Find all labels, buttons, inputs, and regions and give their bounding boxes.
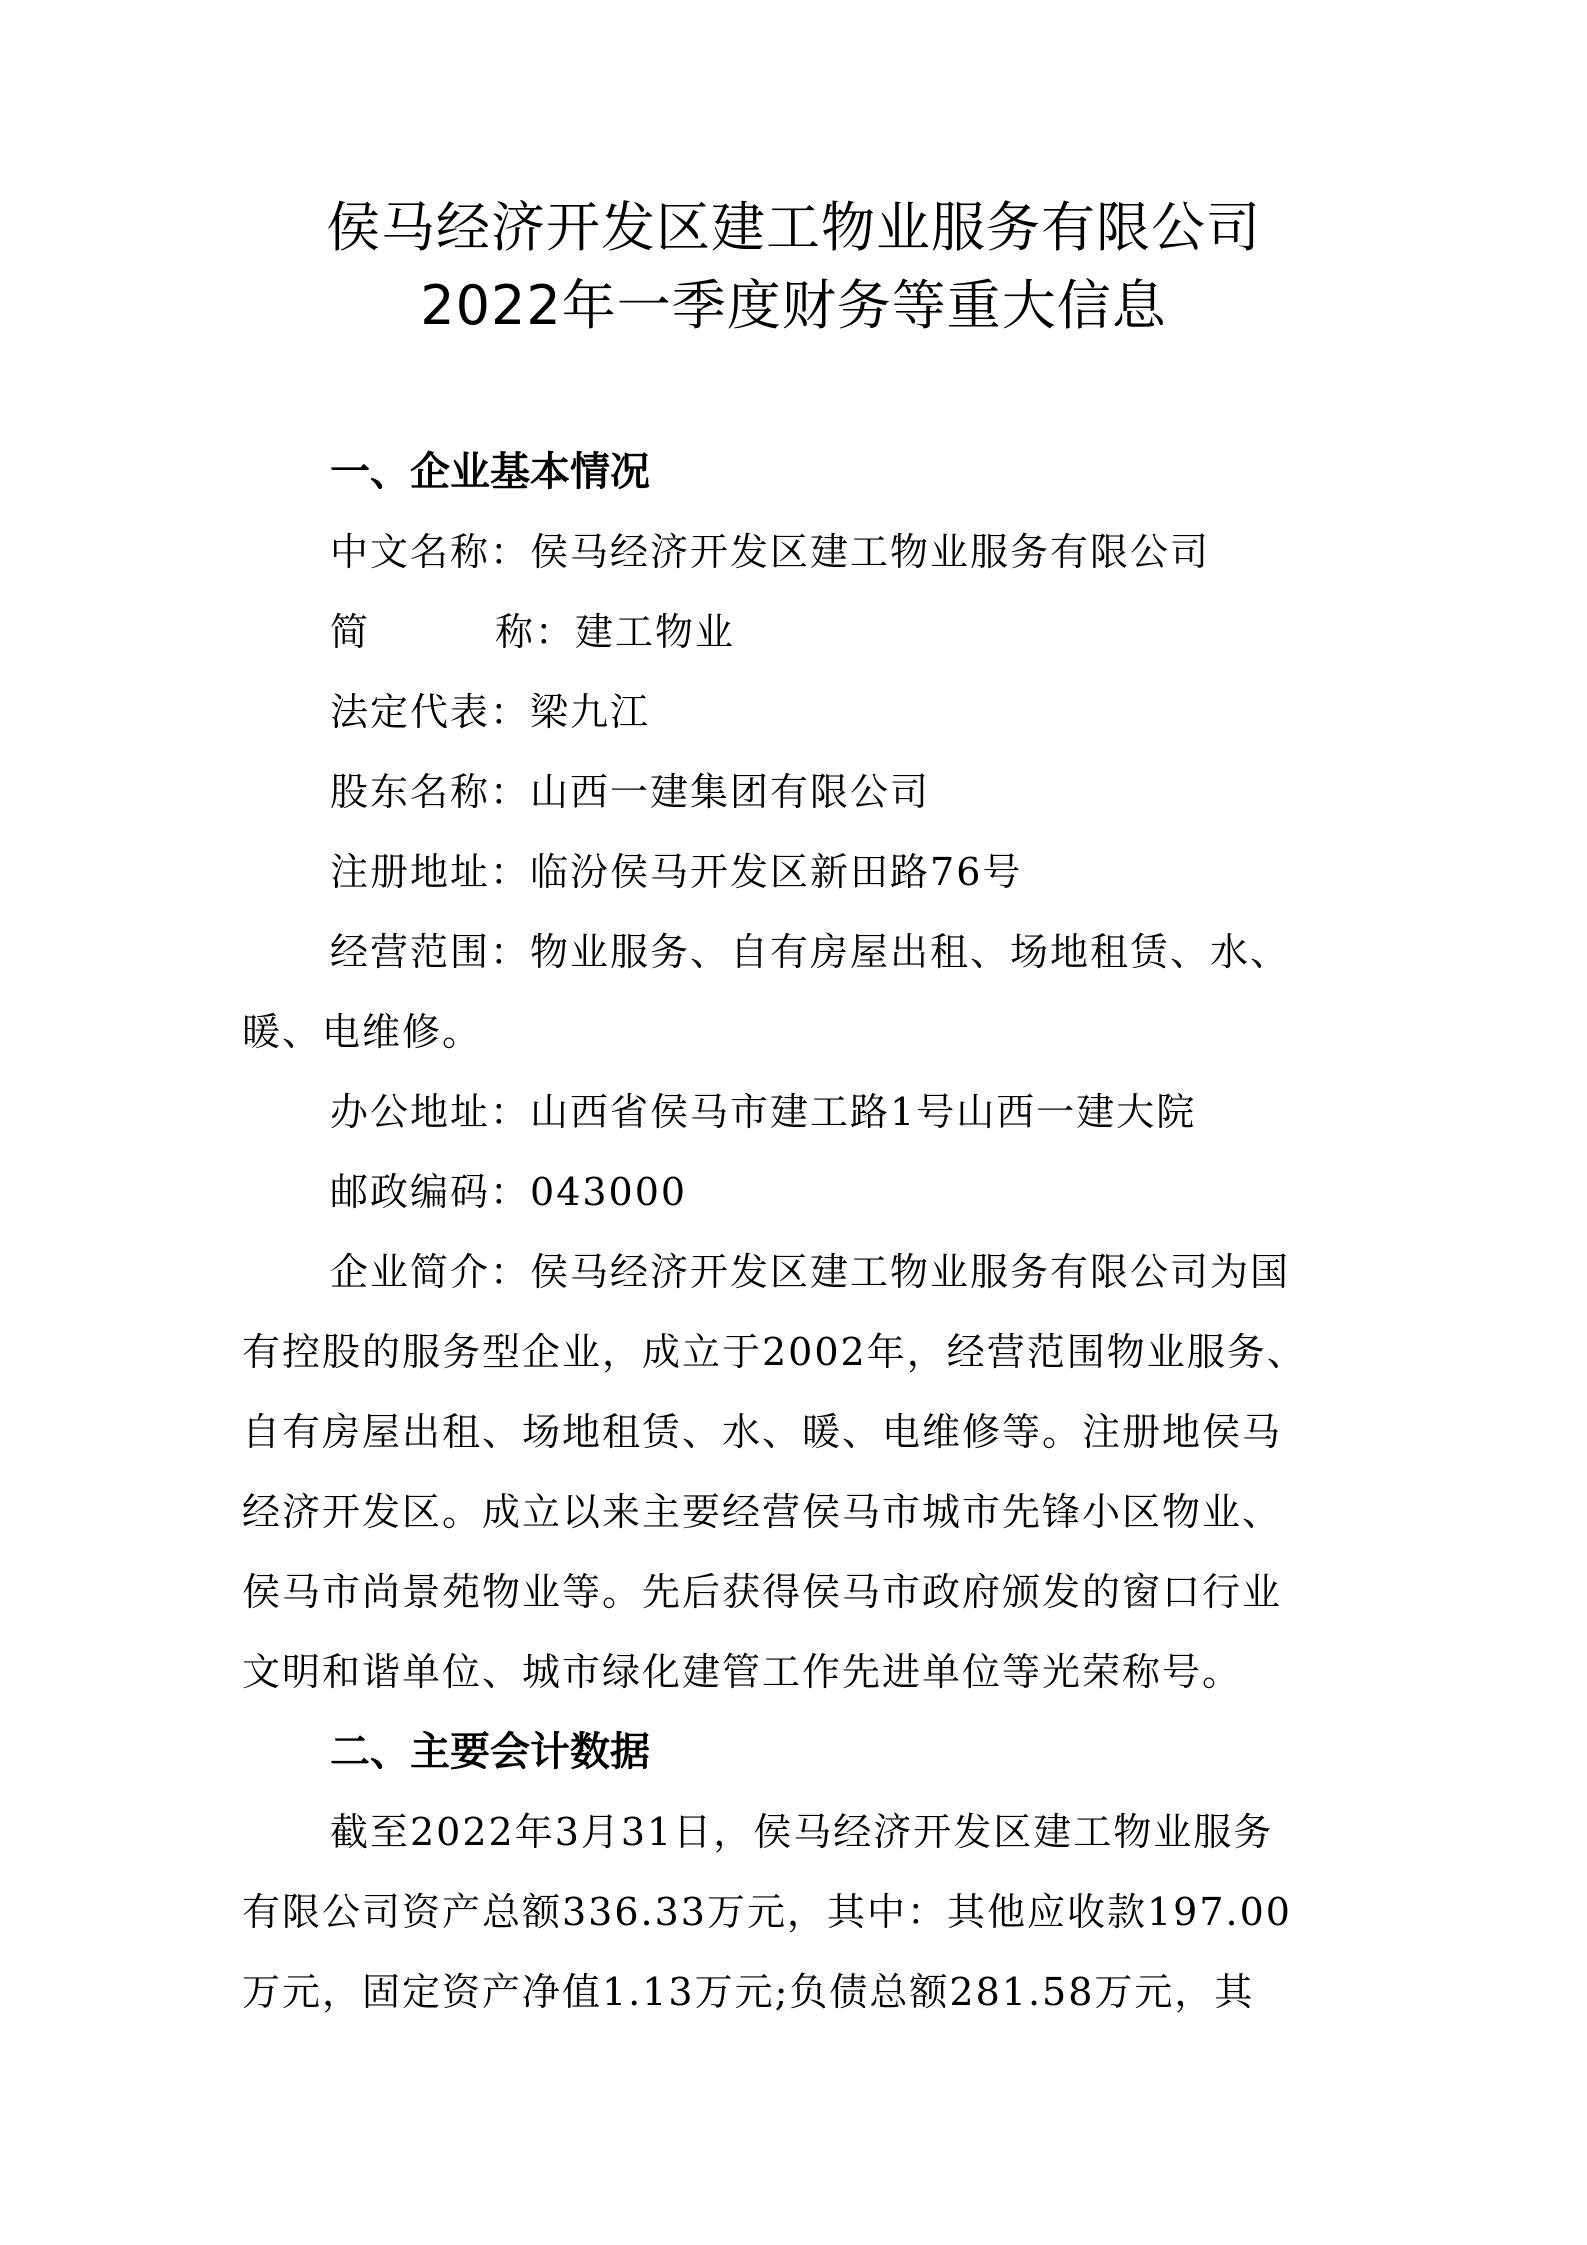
field-value: 山西一建集团有限公司 [530,770,930,814]
field-registered-address: 注册地址：临汾侯马开发区新田路76号 [330,847,1022,897]
accounting-paragraph-line: 万元，固定资产净值1.13万元;负债总额281.58万元，其 [242,1967,1254,2017]
field-value: 临汾侯马开发区新田路76号 [530,850,1022,894]
accounting-paragraph-line: 有限公司资产总额336.33万元，其中：其他应收款197.00 [242,1887,1292,1937]
profile-text-line: 自有房屋出租、场地租赁、水、暖、电维修等。注册地侯马 [242,1407,1282,1457]
field-value: 侯马经济开发区建工物业服务有限公司 [530,530,1210,574]
field-business-scope-continued: 暖、电维修。 [242,1007,482,1057]
field-label-part: 称： [495,610,575,654]
field-label: 企业简介： [330,1250,530,1294]
profile-text-line: 经济开发区。成立以来主要经营侯马市城市先锋小区物业、 [242,1487,1282,1537]
field-label: 办公地址： [330,1090,530,1134]
field-label: 中文名称： [330,530,530,574]
field-postal-code: 邮政编码：043000 [330,1167,687,1217]
field-value: 建工物业 [575,610,735,654]
section-heading-accounting-data: 二、主要会计数据 [330,1727,650,1777]
field-label: 法定代表： [330,690,530,734]
field-label: 注册地址： [330,850,530,894]
field-label-part: 简 [330,610,370,654]
field-chinese-name: 中文名称：侯马经济开发区建工物业服务有限公司 [330,527,1210,577]
field-label: 股东名称： [330,770,530,814]
field-value: 山西省侯马市建工路1号山西一建大院 [530,1090,1196,1134]
field-label: 邮政编码： [330,1170,530,1214]
field-shareholder: 股东名称：山西一建集团有限公司 [330,767,930,817]
profile-text-line: 有控股的服务型企业，成立于2002年，经营范围物业服务、 [242,1327,1307,1377]
field-short-name: 简称：建工物业 [330,607,735,657]
field-label: 经营范围： [330,930,530,974]
accounting-paragraph-line: 截至2022年3月31日，侯马经济开发区建工物业服务 [330,1807,1273,1857]
profile-text-line: 侯马市尚景苑物业等。先后获得侯马市政府颁发的窗口行业 [242,1567,1282,1617]
profile-text-line: 文明和谐单位、城市绿化建管工作先进单位等光荣称号。 [242,1647,1242,1697]
section-heading-basic-info: 一、企业基本情况 [330,447,650,497]
document-title-line-1: 侯马经济开发区建工物业服务有限公司 [0,196,1587,260]
field-value: 梁九江 [530,690,650,734]
field-value: 物业服务、自有房屋出租、场地租赁、水、 [530,930,1290,974]
profile-text: 侯马经济开发区建工物业服务有限公司为国 [530,1250,1290,1294]
field-business-scope: 经营范围：物业服务、自有房屋出租、场地租赁、水、 [330,927,1290,977]
document-page: 侯马经济开发区建工物业服务有限公司 2022年一季度财务等重大信息 一、企业基本… [0,0,1587,2245]
document-title-line-2: 2022年一季度财务等重大信息 [0,274,1587,338]
field-company-profile: 企业简介：侯马经济开发区建工物业服务有限公司为国 [330,1247,1290,1297]
field-value: 043000 [530,1170,687,1214]
field-legal-representative: 法定代表：梁九江 [330,687,650,737]
field-office-address: 办公地址：山西省侯马市建工路1号山西一建大院 [330,1087,1196,1137]
